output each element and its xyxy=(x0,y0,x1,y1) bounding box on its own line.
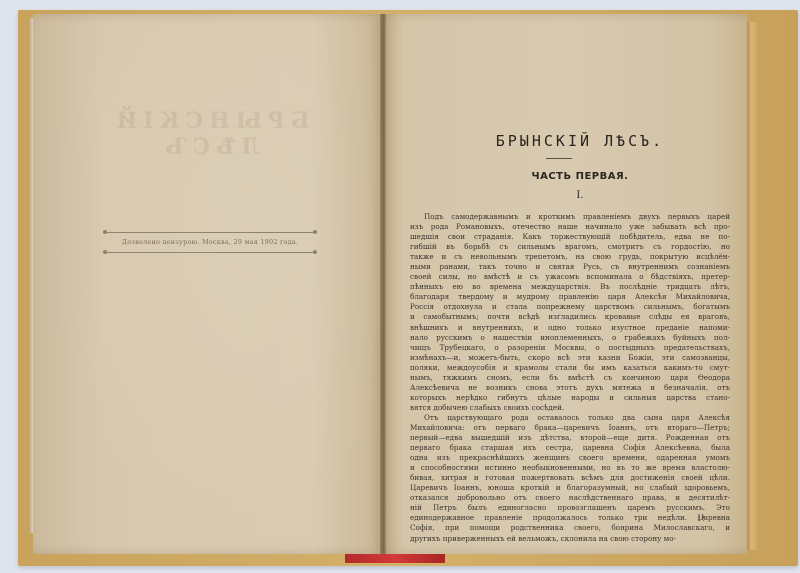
text-line: гибшій въ борьбѣ съ сильнымъ врагомъ, см… xyxy=(410,242,730,252)
book-gutter xyxy=(380,14,386,554)
text-line: Отъ царствующаго рода оставалось только … xyxy=(410,413,730,423)
paragraph: Отъ царствующаго рода оставалось только … xyxy=(410,413,730,544)
text-line: бивая, хитрая и готовая пожертвовать всѣ… xyxy=(410,473,730,483)
text-line: единодержавное правленіе продолжалось то… xyxy=(410,513,730,523)
text-line: пѣнныхъ ею во времена междуцарствія. Въ … xyxy=(410,282,730,292)
text-line: своей силы, но вмѣстѣ и съ ужасомъ вспом… xyxy=(410,272,730,282)
text-line: другихъ приверженныхъ ей вельможъ, склон… xyxy=(410,534,730,544)
title-rule xyxy=(546,158,572,159)
text-line: первый—едва вышедшій изъ дѣтства, второй… xyxy=(410,433,730,443)
text-line: и способностями истинно необыкновенными,… xyxy=(410,463,730,473)
text-line: вятся добычею слабыхъ своихъ сосѣдей. xyxy=(410,403,730,413)
text-line: шедшія свои страданія. Какъ торжествующі… xyxy=(410,232,730,242)
text-line: поляки, междоусобія и крамолы стали бы и… xyxy=(410,363,730,373)
imprint-rule-top xyxy=(105,232,315,233)
body-text: Подъ самодержавнымъ и кроткимъ правленіе… xyxy=(410,212,730,544)
left-page xyxy=(33,14,383,554)
text-line: благодаря твердому и мудрому правленію ц… xyxy=(410,292,730,302)
text-line: и самобытнымъ; почти всѣдѣ изгладились к… xyxy=(410,312,730,322)
text-line: перваго брака старшая ихъ сестра, царевн… xyxy=(410,443,730,453)
text-line: Россія отдохнула и стала попрежнему царс… xyxy=(410,302,730,312)
text-line: Алексѣевича не возникъ снова этотъ духъ … xyxy=(410,383,730,393)
text-line: Подъ самодержавнымъ и кроткимъ правленіе… xyxy=(410,212,730,222)
right-cover-edge xyxy=(746,22,760,550)
chapter-number: I. xyxy=(440,190,720,201)
text-line: одна изъ прекраснѣйшихъ женщинъ своего в… xyxy=(410,453,730,463)
text-line: Царевичъ Іоаннъ, юноша кроткій и благора… xyxy=(410,483,730,493)
censorship-imprint: Дозволено цензурою. Москва, 29 мая 1902 … xyxy=(105,232,315,253)
text-line: нало русскимъ о нашествіи иноплеменныхъ,… xyxy=(410,333,730,343)
left-page-bleedthrough-title: БРЫНСКІЙ ЛѢСЪ xyxy=(65,108,355,160)
spine-ribbon xyxy=(345,553,445,563)
text-line: Михайловича: отъ перваго брака—царевичъ … xyxy=(410,423,730,433)
signature-mark: 1* xyxy=(697,515,705,523)
text-line: ными ранами, такъ точно и святая Русь, с… xyxy=(410,262,730,272)
text-line: ній Петръ былъ единогласно провозглашенъ… xyxy=(410,503,730,513)
text-line: также и съ невольнымъ трепетомъ, на свою… xyxy=(410,252,730,262)
paragraphs: Подъ самодержавнымъ и кроткимъ правленіе… xyxy=(410,212,730,544)
book-title: БРЫНСКІЙ ЛѢСЪ. xyxy=(440,132,720,150)
text-line: измѣнахъ—и, можетъ-быть, скоро всѣ эти к… xyxy=(410,353,730,363)
part-title: ЧАСТЬ ПЕРВАЯ. xyxy=(440,171,720,182)
text-line: которыхъ нерѣдко гибнутъ цѣлые народы и … xyxy=(410,393,730,403)
text-line: чищъ Трубецкаго, о разореніи Москвы, о п… xyxy=(410,343,730,353)
paragraph: Подъ самодержавнымъ и кроткимъ правленіе… xyxy=(410,212,730,413)
text-line: отказался добровольно отъ своего наслѣдс… xyxy=(410,493,730,503)
text-line: Софія, при помощи родственника своего, б… xyxy=(410,523,730,533)
imprint-rule-bottom xyxy=(105,252,315,253)
text-line: внѣшнихъ и внутреннихъ, и одно только из… xyxy=(410,323,730,333)
text-line: изъ рода Романовыхъ, отечество наше начи… xyxy=(410,222,730,232)
imprint-text: Дозволено цензурою. Москва, 29 мая 1902 … xyxy=(105,233,315,252)
text-line: нымъ, тяжкимъ сномъ, если бъ вмѣстѣ съ к… xyxy=(410,373,730,383)
